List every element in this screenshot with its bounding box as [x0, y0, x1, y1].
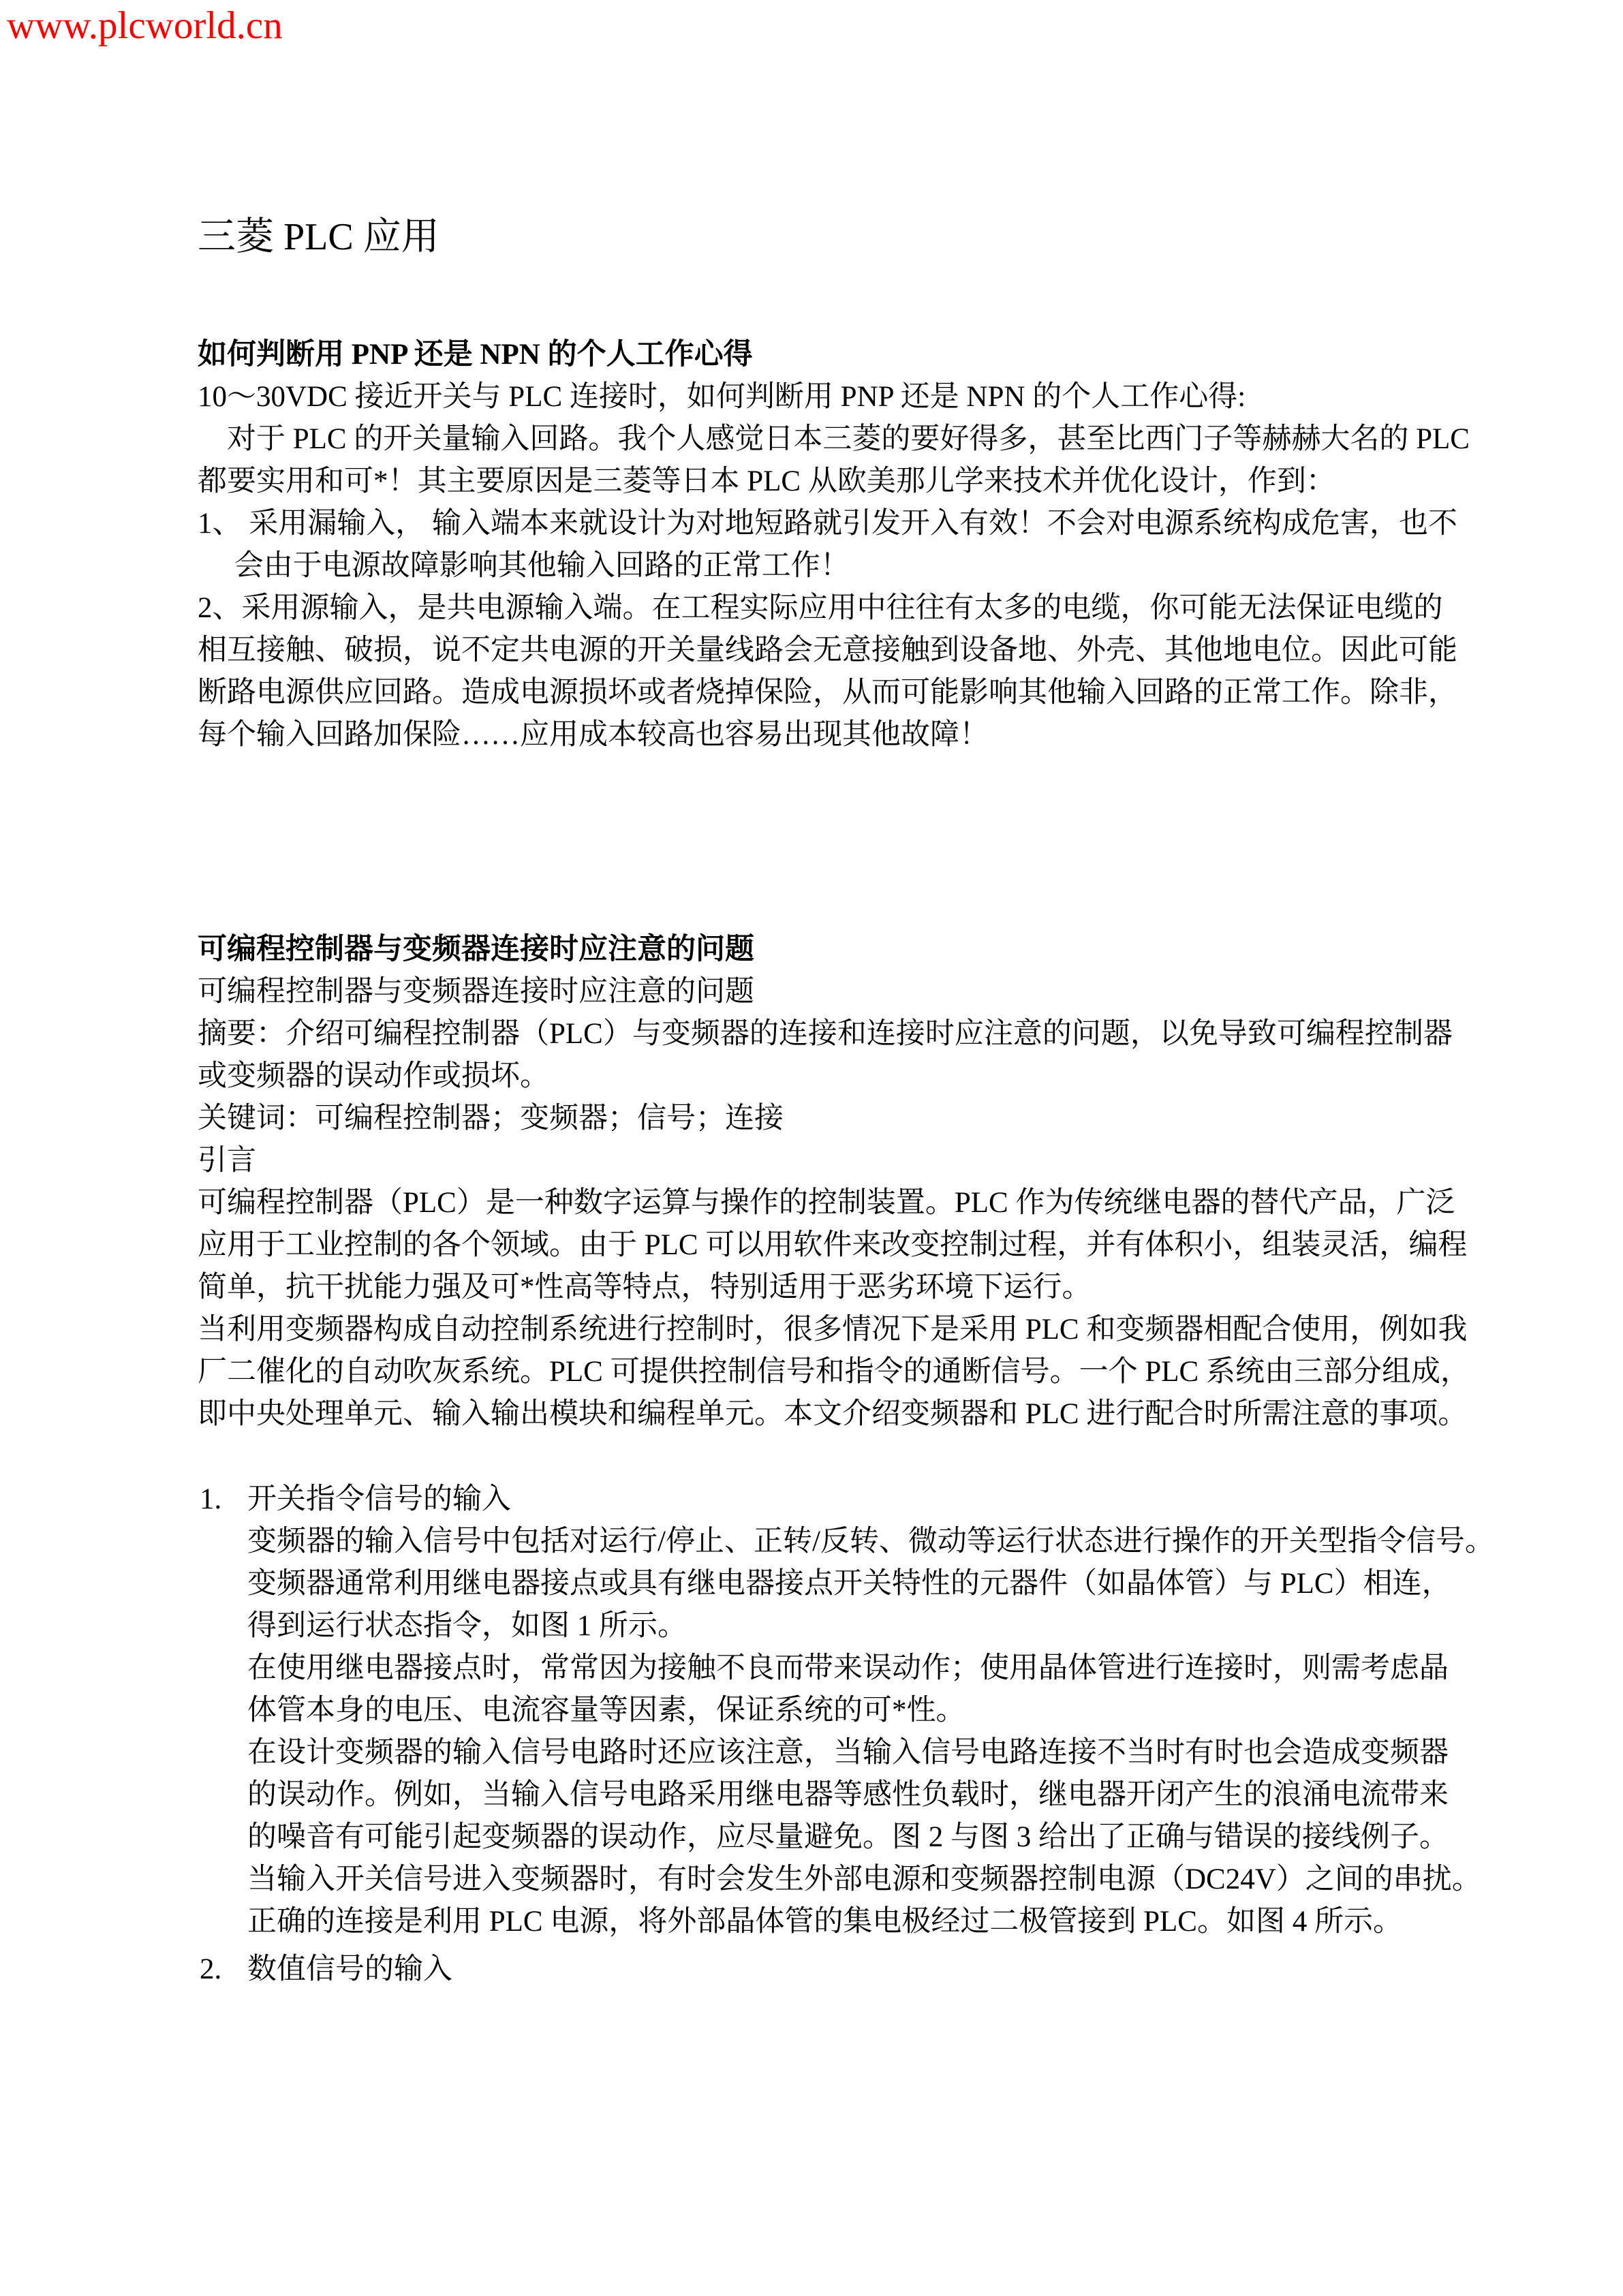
list-item: 2. 数值信号的输入 — [198, 1949, 1428, 1991]
list-item-2-body: 数值信号的输入 — [247, 1949, 1428, 1991]
document-content: 三菱 PLC 应用 如何判断用 PNP 还是 NPN 的个人工作心得 10～30… — [198, 217, 1428, 1991]
section2-body: 可编程控制器与变频器连接时应注意的问题 摘要：介绍可编程控制器（PLC）与变频器… — [198, 971, 1428, 1436]
section1-body: 10～30VDC 接近开关与 PLC 连接时，如何判断用 PNP 还是 NPN … — [198, 376, 1428, 756]
page-title: 三菱 PLC 应用 — [198, 217, 1428, 258]
numbered-list: 1. 开关指令信号的输入 变频器的输入信号中包括对运行/停止、正转/反转、微动等… — [198, 1478, 1428, 1991]
list-item-2-marker: 2. — [198, 1949, 247, 1991]
section1-heading: 如何判断用 PNP 还是 NPN 的个人工作心得 — [198, 334, 1428, 376]
list-item: 1. 开关指令信号的输入 变频器的输入信号中包括对运行/停止、正转/反转、微动等… — [198, 1478, 1428, 1943]
section2-heading: 可编程控制器与变频器连接时应注意的问题 — [198, 929, 1428, 971]
watermark-url: www.plcworld.cn — [7, 1, 283, 50]
document-page: www.plcworld.cn 三菱 PLC 应用 如何判断用 PNP 还是 N… — [0, 0, 1623, 2296]
list-item-1-marker: 1. — [198, 1478, 247, 1521]
list-item-1-body: 开关指令信号的输入 变频器的输入信号中包括对运行/停止、正转/反转、微动等运行状… — [247, 1478, 1494, 1943]
